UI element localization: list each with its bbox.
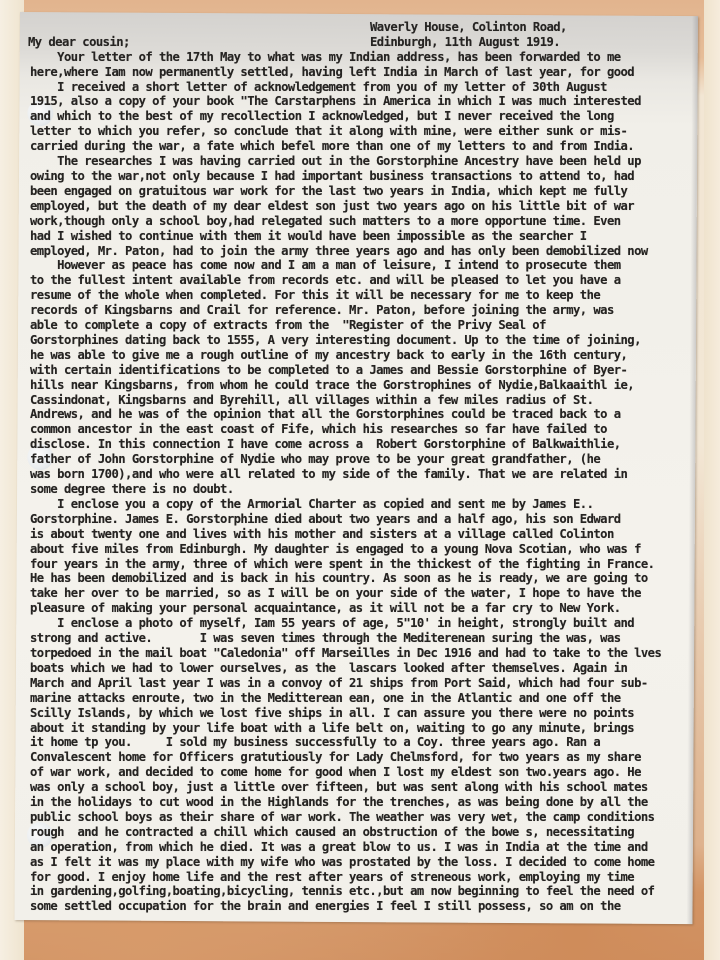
letter-line: Scilly Islands, by which we lost five sh… — [30, 706, 720, 721]
letter-line: boats which we had to lower ourselves, a… — [30, 661, 720, 676]
letter-line: owing to the war,not only because I had … — [30, 169, 720, 184]
letter-line: for good. I enjoy home life and the rest… — [30, 870, 720, 885]
letter-line: public school boys as their share of war… — [30, 810, 720, 825]
letter-line: marine attacks enroute, two in the Medit… — [30, 691, 720, 706]
letter-body: Waverly House, Colinton Road, Edinburgh,… — [30, 20, 720, 914]
letter-line: Andrews, and he was of the opinion that … — [30, 407, 720, 422]
letter-line: rough and he contracted a chill which ca… — [30, 825, 720, 840]
letter-line: take her over to be married, so as I wil… — [30, 586, 720, 601]
letter-line: able to complete a copy of extracts from… — [30, 318, 720, 333]
sender-address-line: Waverly House, Colinton Road, — [370, 20, 720, 35]
letter-line: employed, but the death of my dear eldes… — [30, 199, 720, 214]
letter-line: is about twenty one and lives with his m… — [30, 527, 720, 542]
letter-line: was born 1700),and who were all related … — [30, 467, 720, 482]
letter-line: March and April last year I was in a con… — [30, 676, 720, 691]
letter-line: 1915, also a copy of your book "The Cars… — [30, 94, 720, 109]
letter-line: in gardening,golfing,boating,bicycling, … — [30, 884, 720, 899]
letter-line: carried during the war, a fate which bef… — [30, 139, 720, 154]
letter-line: of war work, and decided to come home fo… — [30, 765, 720, 780]
letter-line: was only a school boy, just a little ove… — [30, 780, 720, 795]
letter-line: Convalescent home for Officers gratutiou… — [30, 750, 720, 765]
letter-line: had I wished to continue with them it wo… — [30, 229, 720, 244]
letter-line: hills near Kingsbarns, from whom he coul… — [30, 378, 720, 393]
letter-line: to the fullest intent available from rec… — [30, 273, 720, 288]
letter-line: an operation, from which he died. It was… — [30, 840, 720, 855]
letter-line: some degree there is no doubt. — [30, 482, 720, 497]
letter-line: letter to which you refer, so conclude t… — [30, 124, 720, 139]
letter-line: it home tp you. I sold my business succe… — [30, 735, 720, 750]
letter-line: in the holidays to cut wood in the Highl… — [30, 795, 720, 810]
letter-line: records of Kingsbarns and Crail for refe… — [30, 303, 720, 318]
letter-line: resume of the whole when completed. For … — [30, 288, 720, 303]
letter-line: However as peace has come now and I am a… — [30, 258, 720, 273]
letter-line: pleasure of making your personal acquain… — [30, 601, 720, 616]
letter-line: four years in the army, three of which w… — [30, 557, 720, 572]
letter-line: as I felt it was my place with my wife w… — [30, 855, 720, 870]
letter-line: father of John Gorstorphine of Nydie who… — [30, 452, 720, 467]
letter-line: he was able to give me a rough outline o… — [30, 348, 720, 363]
letter-line: Cassindonat, Kingsbarns and Byrehill, al… — [30, 393, 720, 408]
letter-line: strong and active. I was seven times thr… — [30, 631, 720, 646]
letter-line: about five miles from Edinburgh. My daug… — [30, 542, 720, 557]
letter-line: common ancestor in the east coast of Fif… — [30, 422, 720, 437]
letter-line: The researches I was having carried out … — [30, 154, 720, 169]
letter-line: about it standing by your life boat with… — [30, 721, 720, 736]
letter-line: employed, Mr. Paton, had to join the arm… — [30, 244, 720, 259]
letter-line: here,where Iam now permanently settled, … — [30, 65, 720, 80]
letter-line: I enclose you a copy of the Armorial Cha… — [30, 497, 720, 512]
letter-line: Gorstorphines dating back to 1555, A ver… — [30, 333, 720, 348]
letter-paragraphs: Your letter of the 17th May to what was … — [30, 50, 720, 915]
letter-line: and which to the best of my recollection… — [30, 109, 720, 124]
letter-line: He has been demobilized and is back in h… — [30, 571, 720, 586]
letter-line: been engaged on gratuitous war work for … — [30, 184, 720, 199]
letter-line: I enclose a photo of myself, Iam 55 year… — [30, 616, 720, 631]
letter-line: I received a short letter of acknowledge… — [30, 80, 720, 95]
letter-line: torpedoed in the mail boat "Caledonia" o… — [30, 646, 720, 661]
letter-line: some settled occupation for the brain an… — [30, 899, 720, 914]
letter-line: Your letter of the 17th May to what was … — [30, 50, 720, 65]
letter-line: with certain identifications to be compl… — [30, 363, 720, 378]
letter-line: work,though only a school boy,had relega… — [30, 214, 720, 229]
letter-line: Gorstorphine. James E. Gorstorphine died… — [30, 512, 720, 527]
letter-line: disclose. In this connection I have come… — [30, 437, 720, 452]
